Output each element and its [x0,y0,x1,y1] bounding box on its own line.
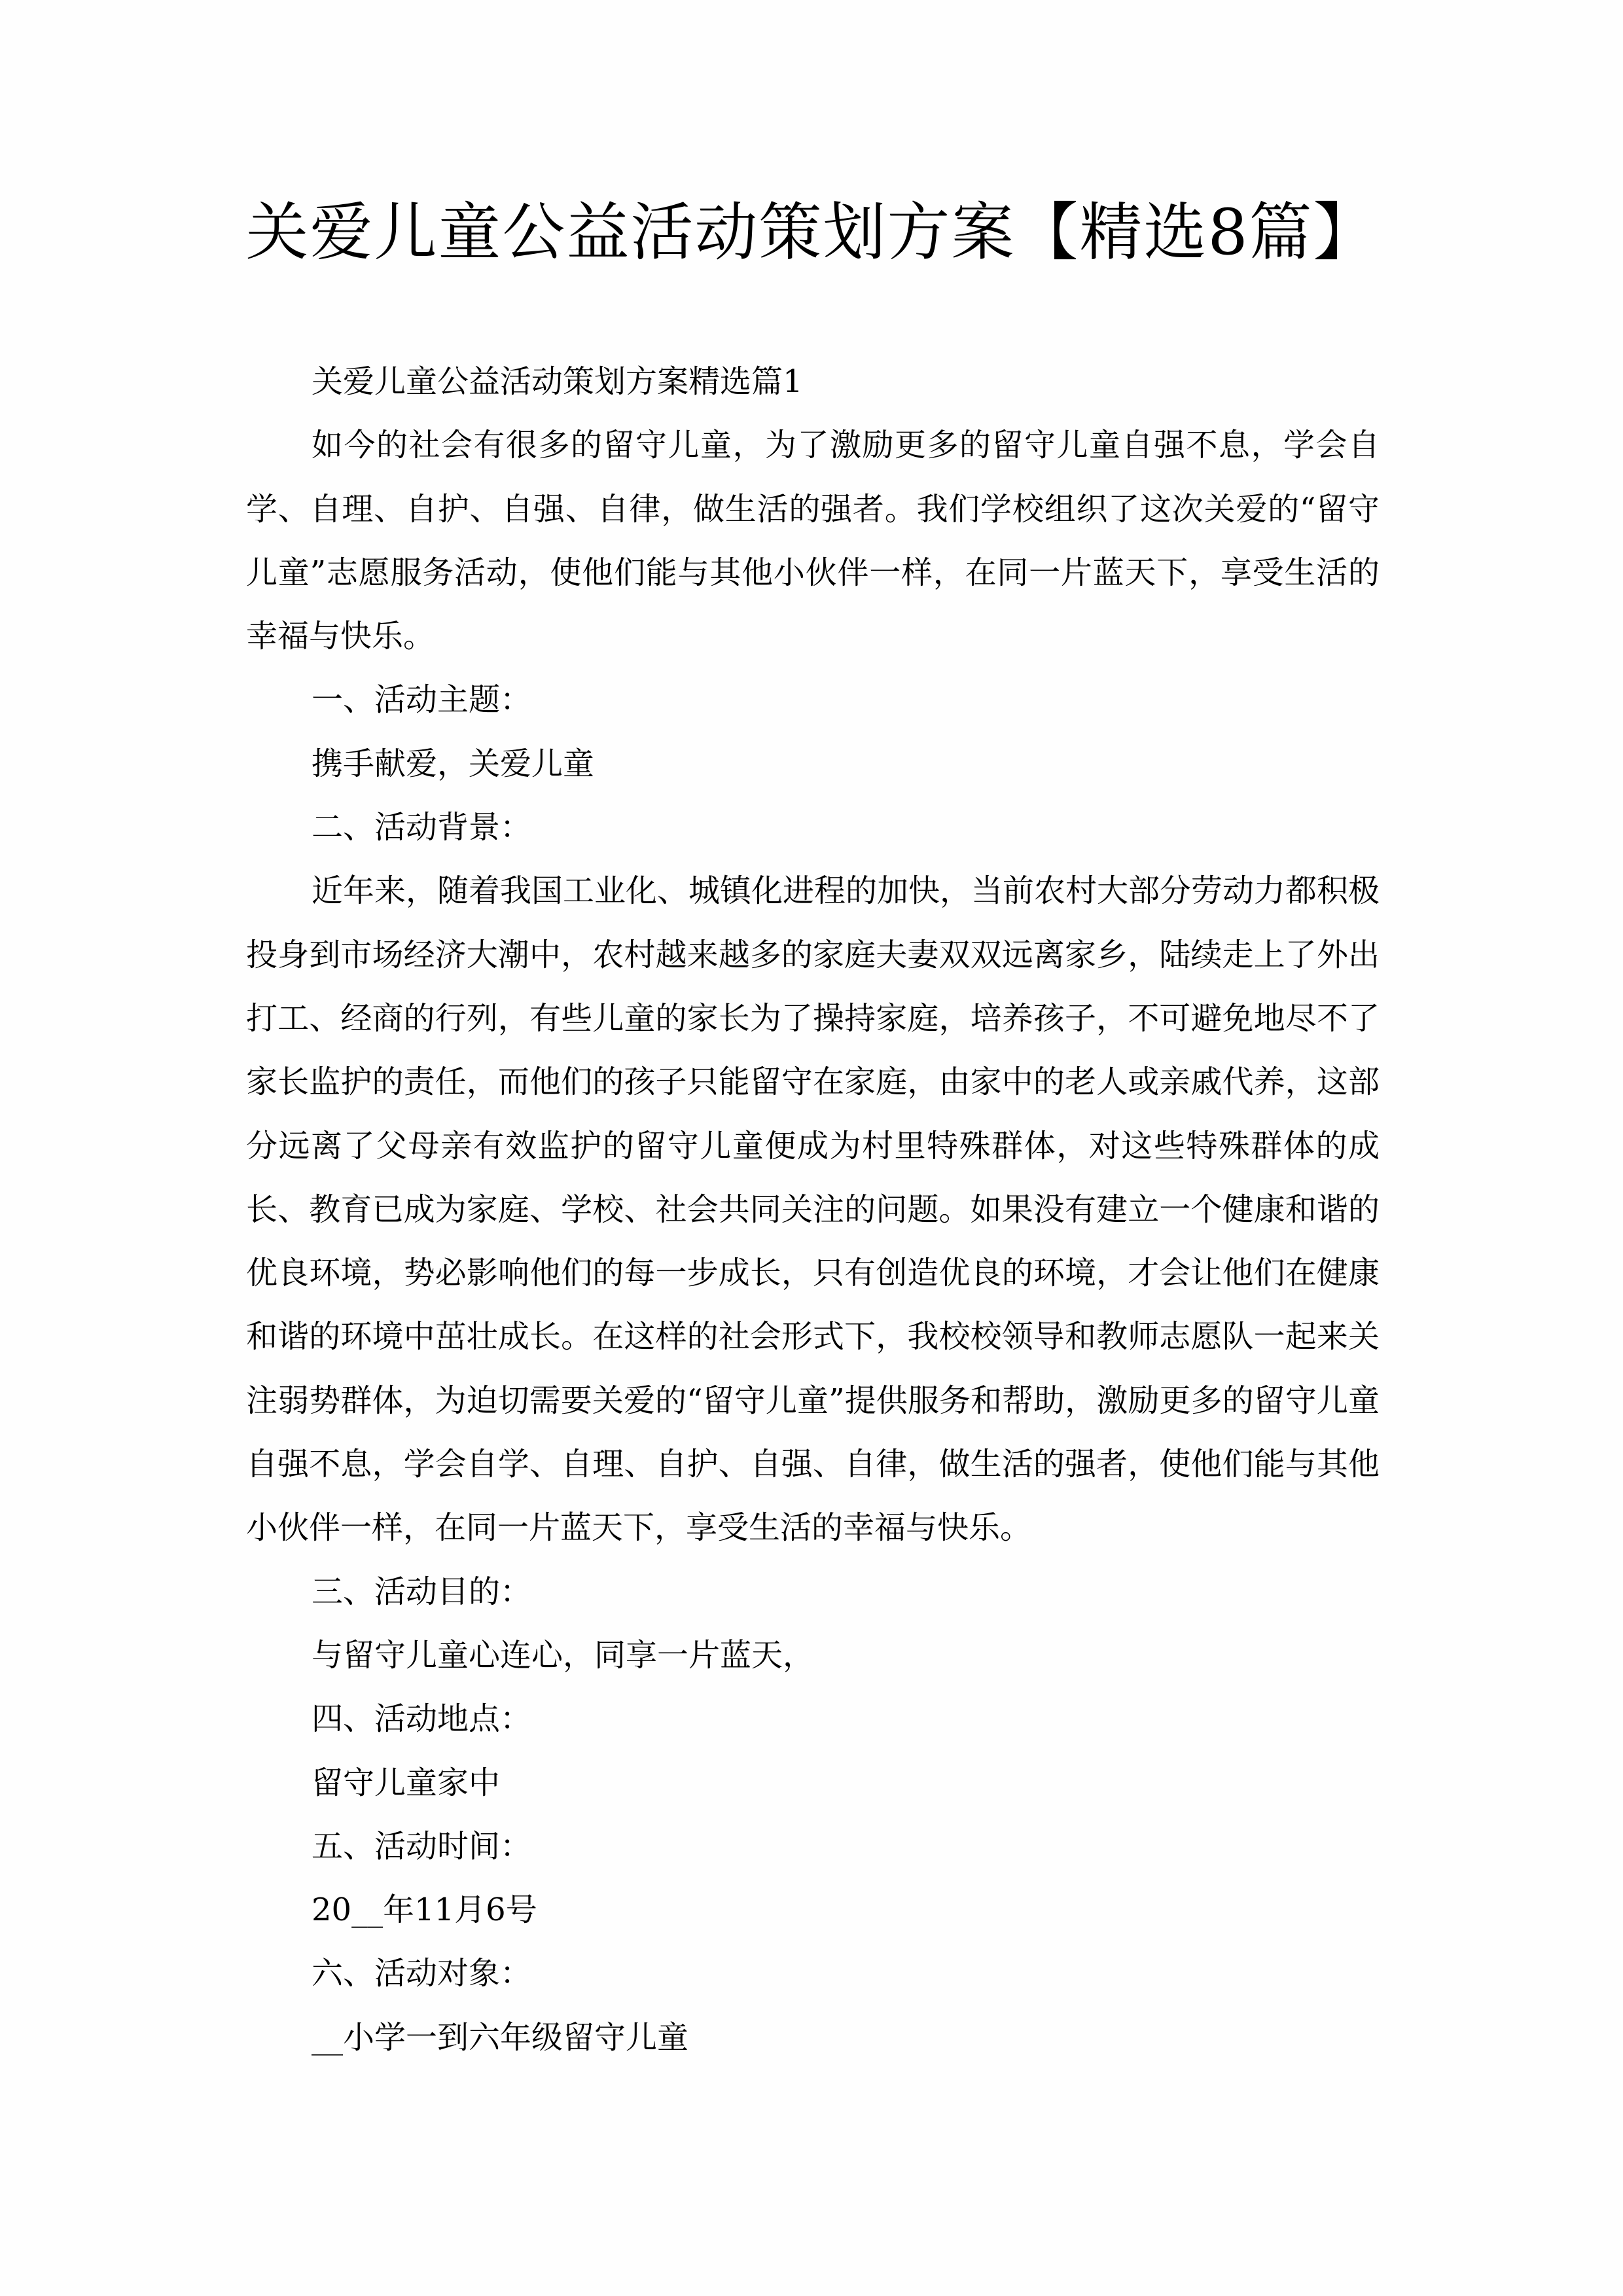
section-heading-time: 五、活动时间： [246,1815,1380,1878]
theme-text: 携手献爱，关爱儿童 [246,732,1380,796]
document-page: 关爱儿童公益活动策划方案【精选8篇】 关爱儿童公益活动策划方案精选篇1 如今的社… [0,0,1623,2296]
section-heading-article-1: 关爱儿童公益活动策划方案精选篇1 [246,350,1380,414]
section-heading-location: 四、活动地点： [246,1687,1380,1751]
section-heading-theme: 一、活动主题： [246,668,1380,732]
location-text: 留守儿童家中 [246,1751,1380,1815]
participants-text: __小学一到六年级留守儿童 [246,2006,1380,2070]
intro-paragraph: 如今的社会有很多的留守儿童，为了激励更多的留守儿童自强不息，学会自学、自理、自护… [246,414,1380,668]
section-heading-purpose: 三、活动目的： [246,1560,1380,1624]
section-heading-participants: 六、活动对象： [246,1942,1380,2005]
section-heading-background: 二、活动背景： [246,796,1380,859]
document-title: 关爱儿童公益活动策划方案【精选8篇】 [0,190,1623,275]
time-text: 20__年11月6号 [246,1878,1380,1942]
purpose-text: 与留守儿童心连心，同享一片蓝天， [246,1624,1380,1687]
background-paragraph: 近年来，随着我国工业化、城镇化进程的加快，当前农村大部分劳动力都积极投身到市场经… [246,859,1380,1560]
document-body: 关爱儿童公益活动策划方案精选篇1 如今的社会有很多的留守儿童，为了激励更多的留守… [246,350,1380,2070]
